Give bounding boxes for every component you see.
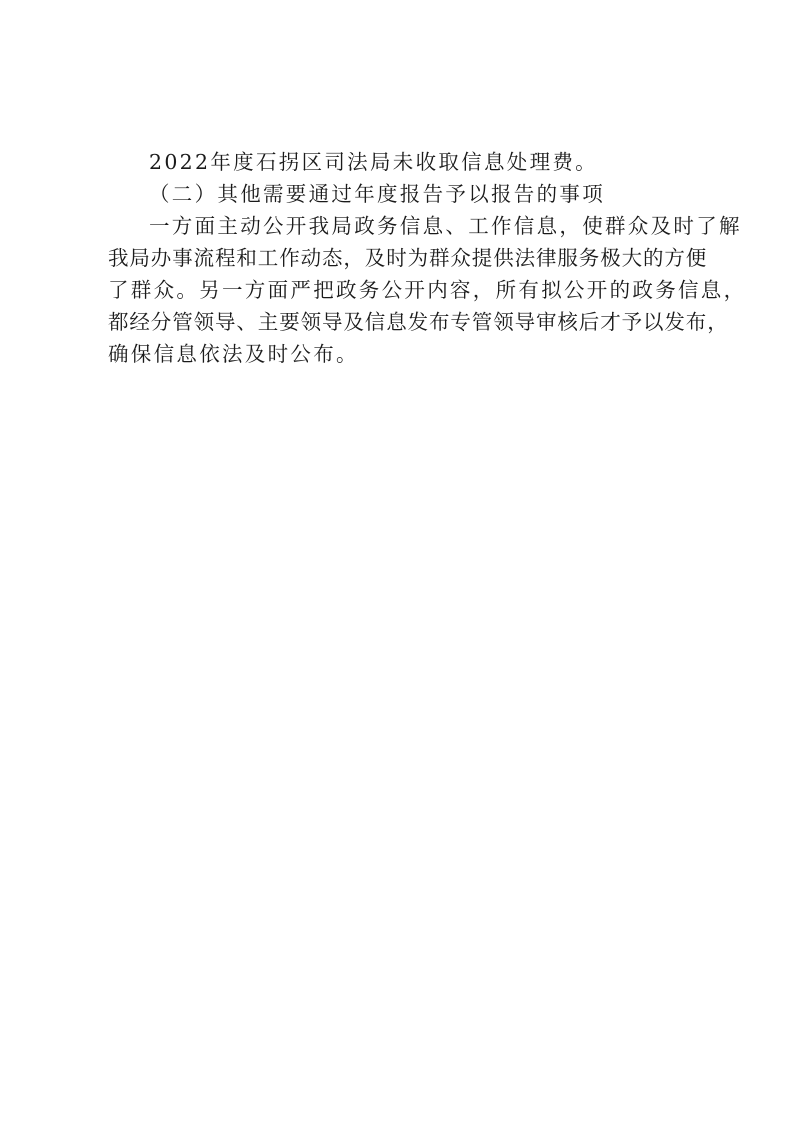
document-page: 2022年度石拐区司法局未收取信息处理费。 （二）其他需要通过年度报告予以报告的… — [0, 0, 793, 1122]
paragraph-line: 了群众。另一方面严把政务公开内容，所有拟公开的政务信息， — [108, 274, 692, 306]
section-heading-other-matters: （二）其他需要通过年度报告予以报告的事项 — [108, 178, 692, 210]
disclosure-paragraph: 一方面主动公开我局政务信息、工作信息，使群众及时了解 我局办事流程和工作动态，及… — [108, 210, 692, 370]
paragraph-line: 都经分管领导、主要领导及信息发布专管领导审核后才予以发布， — [108, 306, 692, 338]
paragraph-line: 我局办事流程和工作动态，及时为群众提供法律服务极大的方便 — [108, 242, 692, 274]
document-body: 2022年度石拐区司法局未收取信息处理费。 （二）其他需要通过年度报告予以报告的… — [108, 146, 692, 370]
paragraph-line: 一方面主动公开我局政务信息、工作信息，使群众及时了解 — [108, 210, 692, 242]
fee-statement-paragraph: 2022年度石拐区司法局未收取信息处理费。 — [108, 146, 692, 178]
paragraph-line: 确保信息依法及时公布。 — [108, 338, 692, 370]
